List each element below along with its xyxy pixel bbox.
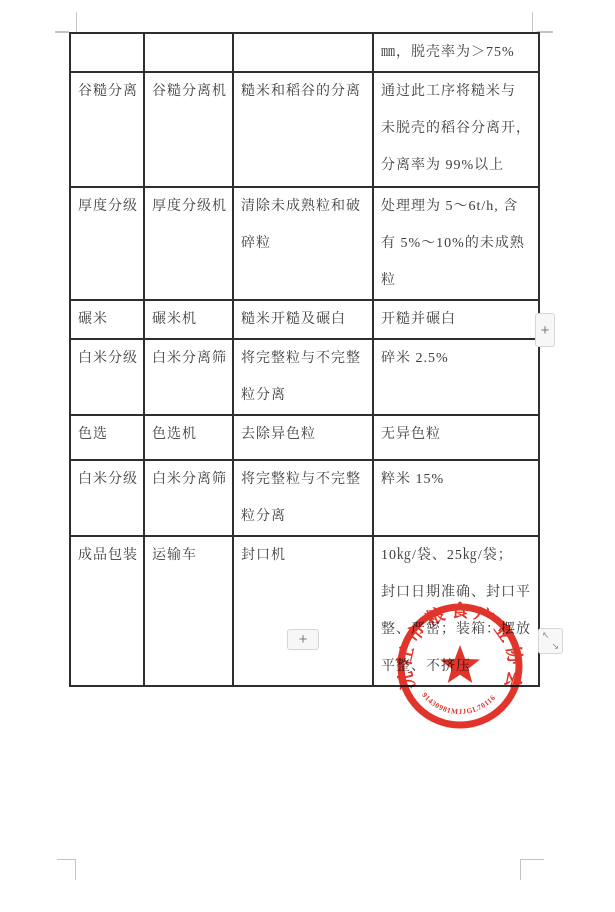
table-row: 色选 色选机 去除异色粒 无异色粒: [70, 415, 539, 460]
table-cell[interactable]: 无异色粒: [373, 415, 539, 460]
table-cell[interactable]: 白米分级: [70, 460, 144, 536]
table-cell[interactable]: 谷糙分离: [70, 72, 144, 187]
table-cell[interactable]: 色选机: [144, 415, 233, 460]
table-cell[interactable]: 将完整粒与不完整 粒分离: [233, 460, 373, 536]
seal-code-textpath: 91430981MJJGL70116: [420, 691, 497, 717]
table-row: ㎜，脱壳率为＞75%: [70, 33, 539, 72]
margin-mark-bottom-left-vertical: [75, 859, 76, 880]
table-cell[interactable]: ㎜，脱壳率为＞75%: [373, 33, 539, 72]
table-cell[interactable]: 将完整粒与不完整 粒分离: [233, 339, 373, 415]
table-cell[interactable]: 清除未成熟粒和破 碎粒: [233, 187, 373, 300]
table-cell[interactable]: 运输车: [144, 536, 233, 686]
margin-mark-bottom-right-horizontal: [520, 859, 544, 860]
table-row: 白米分级 白米分离筛 将完整粒与不完整 粒分离 碎米 2.5%: [70, 339, 539, 415]
table-cell[interactable]: [144, 33, 233, 72]
add-row-button[interactable]: +: [287, 629, 319, 650]
table-resize-handle[interactable]: ↖ ↘: [538, 628, 563, 654]
plus-icon: +: [541, 323, 550, 338]
margin-mark-top-left-horizontal: [55, 31, 69, 33]
arrow-se-icon: ↘: [551, 642, 559, 651]
table-cell[interactable]: 通过此工序将糙米与 未脱壳的稻谷分离开， 分离率为 99%以上: [373, 72, 539, 187]
table-cell[interactable]: 碎米 2.5%: [373, 339, 539, 415]
table-cell[interactable]: 粹米 15%: [373, 460, 539, 536]
table-cell[interactable]: 碾米机: [144, 300, 233, 339]
table-cell[interactable]: 封口机: [233, 536, 373, 686]
table-cell[interactable]: [70, 33, 144, 72]
table-cell[interactable]: 白米分离筛: [144, 339, 233, 415]
table-row: 谷糙分离 谷糙分离机 糙米和稻谷的分离 通过此工序将糙米与 未脱壳的稻谷分离开，…: [70, 72, 539, 187]
table-cell[interactable]: 成品包装: [70, 536, 144, 686]
table-row: 白米分级 白米分离筛 将完整粒与不完整 粒分离 粹米 15%: [70, 460, 539, 536]
table-cell[interactable]: 开糙并碾白: [373, 300, 539, 339]
table-cell[interactable]: 糙米开糙及碾白: [233, 300, 373, 339]
table-cell[interactable]: 处理理为 5～6t/h, 含 有 5%～10%的未成熟粒: [373, 187, 539, 300]
table-cell[interactable]: 碾米: [70, 300, 144, 339]
margin-mark-bottom-left-horizontal: [57, 859, 76, 860]
margin-mark-top-right-vertical: [532, 12, 533, 32]
table-cell[interactable]: 10㎏/袋、25㎏/袋； 封口日期准确、封口平 整、严密；装箱：摆放 平整、不挤…: [373, 536, 539, 686]
table-cell[interactable]: 白米分离筛: [144, 460, 233, 536]
table-cell[interactable]: 色选: [70, 415, 144, 460]
table-row: 碾米 碾米机 糙米开糙及碾白 开糙并碾白: [70, 300, 539, 339]
seal-code-text: 91430981MJJGL70116: [420, 691, 497, 717]
table-cell[interactable]: 去除异色粒: [233, 415, 373, 460]
add-column-button[interactable]: +: [535, 313, 555, 347]
table-cell[interactable]: [233, 33, 373, 72]
plus-icon: +: [299, 632, 308, 647]
table-row: 成品包装 运输车 封口机 10㎏/袋、25㎏/袋； 封口日期准确、封口平 整、严…: [70, 536, 539, 686]
arrow-nw-icon: ↖: [542, 631, 550, 640]
margin-mark-top-left-vertical: [76, 12, 77, 32]
table-cell[interactable]: 厚度分级机: [144, 187, 233, 300]
document-page: ㎜，脱壳率为＞75% 谷糙分离 谷糙分离机 糙米和稻谷的分离 通过此工序将糙米与…: [0, 0, 615, 912]
table-cell[interactable]: 谷糙分离机: [144, 72, 233, 187]
table-row: 厚度分级 厚度分级机 清除未成熟粒和破 碎粒 处理理为 5～6t/h, 含 有 …: [70, 187, 539, 300]
table-cell[interactable]: 厚度分级: [70, 187, 144, 300]
table-cell[interactable]: 白米分级: [70, 339, 144, 415]
table-cell[interactable]: 糙米和稻谷的分离: [233, 72, 373, 187]
margin-mark-bottom-right-vertical: [520, 859, 521, 880]
process-table: ㎜，脱壳率为＞75% 谷糙分离 谷糙分离机 糙米和稻谷的分离 通过此工序将糙米与…: [69, 32, 540, 687]
